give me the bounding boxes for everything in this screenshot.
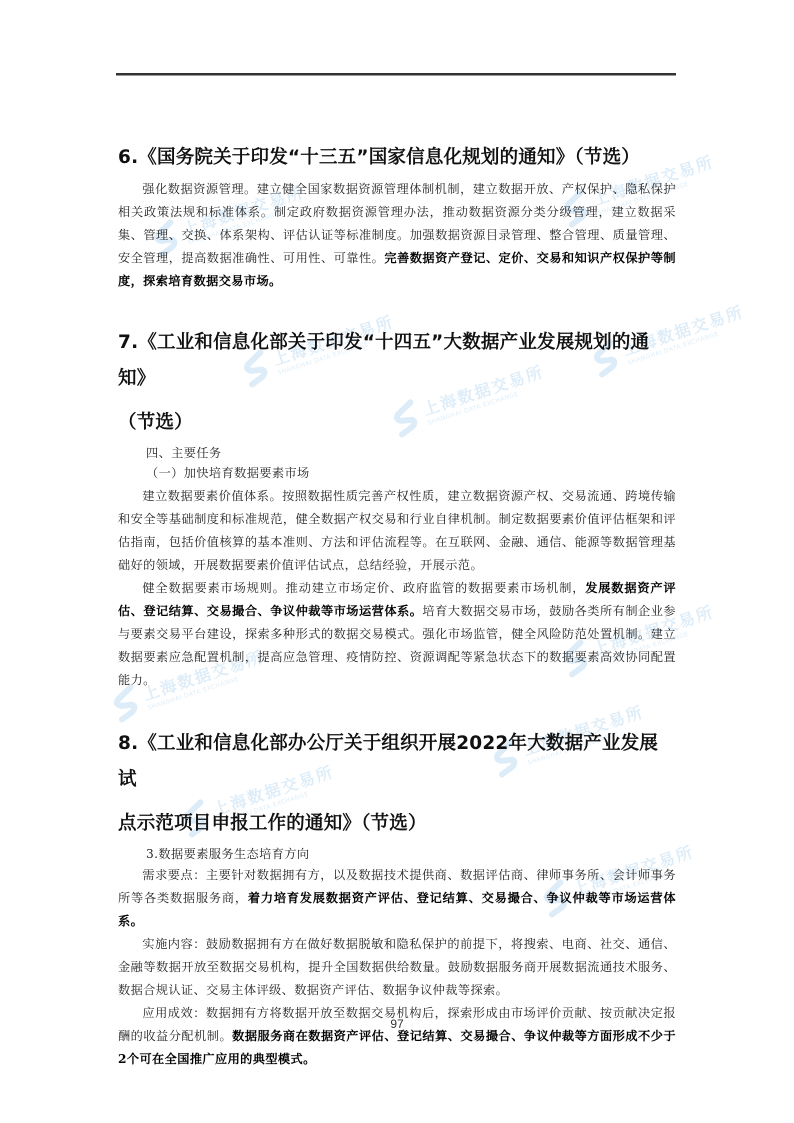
section-8-title-cont: 点示范项目申报工作的通知》（节选） [118, 806, 676, 842]
section-7: 7.《工业和信息化部关于印发“十四五”大数据产业发展规划的通知》 （节选） 四、… [118, 325, 676, 692]
section-6-paragraph: 强化数据资源管理。建立健全国家数据资源管理体制机制，建立数据开放、产权保护、隐私… [118, 178, 676, 293]
section-6: 6.《国务院关于印发“十三五”国家信息化规划的通知》（节选） 强化数据资源管理。… [118, 140, 676, 293]
section-7-title: 7.《工业和信息化部关于印发“十四五”大数据产业发展规划的通知》 [118, 325, 676, 397]
section-7-subheading: （一）加快培育数据要素市场 [118, 463, 676, 483]
header-rule [116, 73, 676, 76]
page-content: 6.《国务院关于印发“十三五”国家信息化规划的通知》（节选） 强化数据资源管理。… [118, 140, 676, 1071]
section-7-paragraph: 健全数据要素市场规则。推动建立市场定价、政府监管的数据要素市场机制，发展数据资产… [118, 577, 676, 692]
section-8-paragraph: 需求要点：主要针对数据拥有方，以及数据技术提供商、数据评估商、律师事务所、会计师… [118, 864, 676, 933]
section-8-paragraph: 应用成效：数据拥有方将数据开放至数据交易机构后，探索形成由市场评价贡献、按贡献决… [118, 1002, 676, 1071]
page-number: 97 [0, 1017, 794, 1031]
section-7-heading: 四、主要任务 [118, 443, 676, 463]
section-8-title: 8.《工业和信息化部办公厅关于组织开展2022年大数据产业发展试 [118, 726, 676, 798]
section-8-paragraph: 实施内容：鼓励数据拥有方在做好数据脱敏和隐私保护的前提下，将搜索、电商、社交、通… [118, 933, 676, 1002]
section-8-heading: 3.数据要素服务生态培育方向 [118, 844, 676, 864]
section-6-title: 6.《国务院关于印发“十三五”国家信息化规划的通知》（节选） [118, 140, 676, 176]
section-7-paragraph: 建立数据要素价值体系。按照数据性质完善产权性质，建立数据资源产权、交易流通、跨境… [118, 485, 676, 577]
section-7-title-cont: （节选） [118, 405, 676, 441]
